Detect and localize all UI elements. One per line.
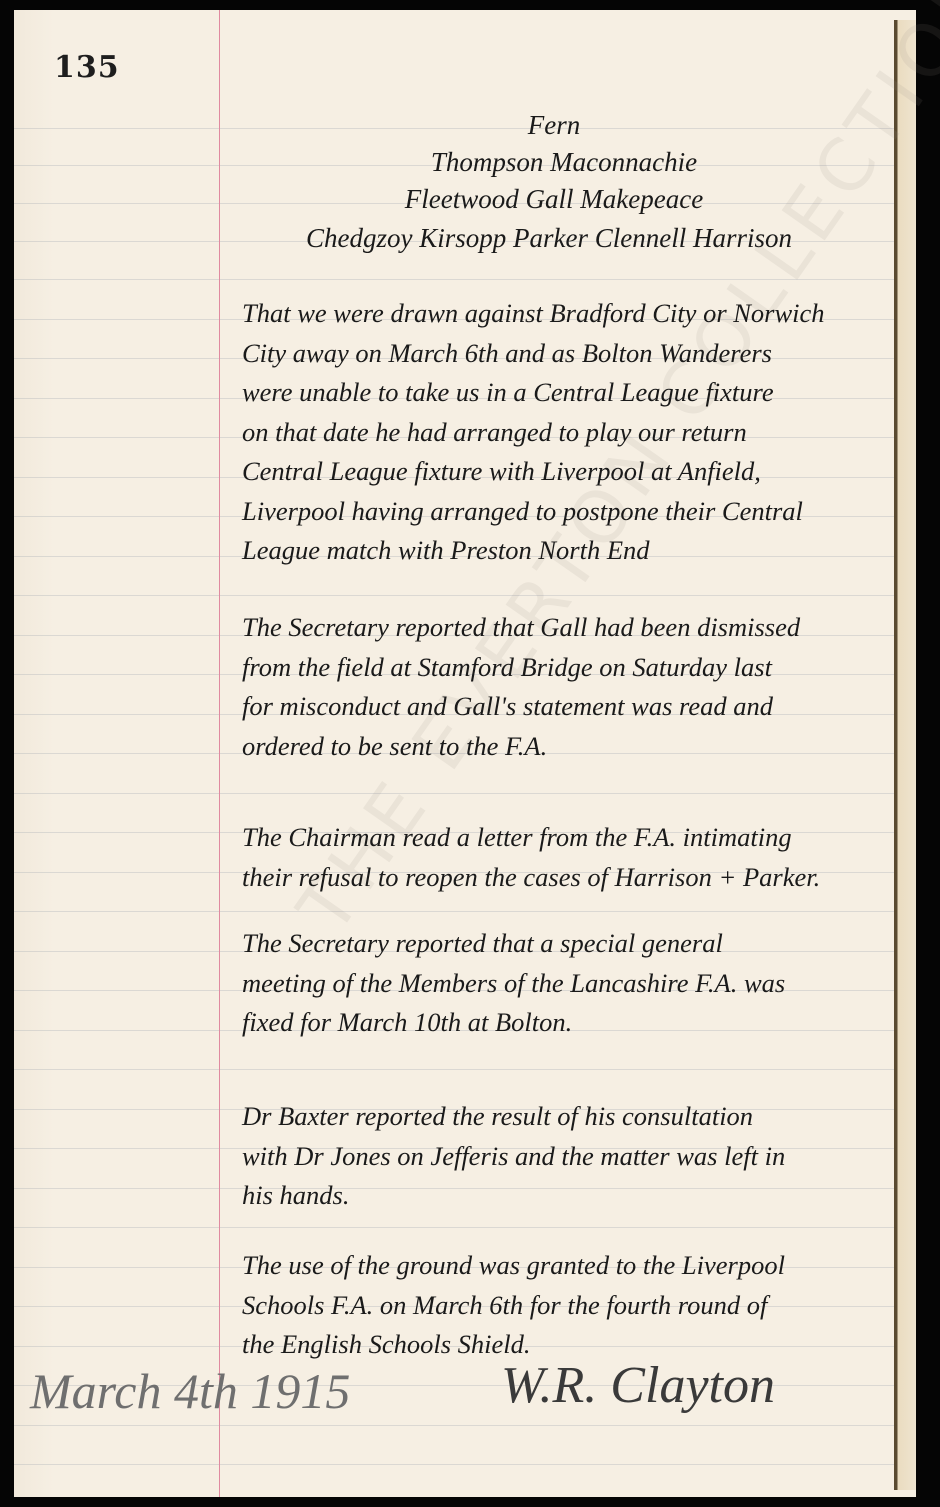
lineup-backs: Thompson Maconnachie: [229, 147, 899, 178]
text-line: his hands.: [242, 1176, 902, 1216]
text-line: The Secretary reported that Gall had bee…: [242, 608, 902, 648]
chairman-signature: W.R. Clayton: [501, 1356, 775, 1415]
text-line: League match with Preston North End: [242, 531, 902, 571]
minute-ground-use: The use of the ground was granted to the…: [242, 1246, 902, 1365]
text-line: with Dr Jones on Jefferis and the matter…: [242, 1137, 902, 1177]
ruled-line: [14, 279, 916, 280]
text-line: The Chairman read a letter from the F.A.…: [242, 818, 902, 858]
text-line: Schools F.A. on March 6th for the fourth…: [242, 1286, 902, 1326]
minute-dr-baxter-report: Dr Baxter reported the result of his con…: [242, 1097, 902, 1216]
lineup-half-backs: Fleetwood Gall Makepeace: [219, 184, 889, 215]
text-line: The use of the ground was granted to the…: [242, 1246, 902, 1286]
minute-fa-letter: The Chairman read a letter from the F.A.…: [242, 818, 902, 897]
ledger-page: THE EVERTON COLLECTION CHARITABLE TRUST …: [14, 10, 916, 1497]
text-line: That we were drawn against Bradford City…: [242, 294, 902, 334]
text-line: The Secretary reported that a special ge…: [242, 924, 902, 964]
minute-lancashire-fa-meeting: The Secretary reported that a special ge…: [242, 924, 902, 1043]
ruled-line: [14, 1464, 916, 1465]
text-line: on that date he had arranged to play our…: [242, 413, 902, 453]
text-line: Liverpool having arranged to postpone th…: [242, 492, 902, 532]
lineup-forwards: Chedgzoy Kirsopp Parker Clennell Harriso…: [214, 223, 884, 254]
ruled-line: [14, 911, 916, 912]
ruled-line: [14, 1227, 916, 1228]
ruled-line: [14, 1069, 916, 1070]
page-number: 135: [54, 50, 120, 85]
text-line: for misconduct and Gall's statement was …: [242, 687, 902, 727]
ruled-line: [14, 595, 916, 596]
pencil-date-annotation: March 4th 1915: [30, 1362, 350, 1420]
text-line: meeting of the Members of the Lancashire…: [242, 964, 902, 1004]
text-line: fixed for March 10th at Bolton.: [242, 1003, 902, 1043]
text-line: ordered to be sent to the F.A.: [242, 727, 902, 767]
minute-bradford-city-fixture: That we were drawn against Bradford City…: [242, 294, 902, 571]
lineup-goalkeeper: Fern: [219, 110, 889, 141]
minute-gall-dismissal: The Secretary reported that Gall had bee…: [242, 608, 902, 766]
ruled-line: [14, 1425, 916, 1426]
text-line: their refusal to reopen the cases of Har…: [242, 858, 902, 898]
text-line: Dr Baxter reported the result of his con…: [242, 1097, 902, 1137]
text-line: from the field at Stamford Bridge on Sat…: [242, 648, 902, 688]
text-line: were unable to take us in a Central Leag…: [242, 373, 902, 413]
text-line: City away on March 6th and as Bolton Wan…: [242, 334, 902, 374]
ruled-line: [14, 793, 916, 794]
text-line: Central League fixture with Liverpool at…: [242, 452, 902, 492]
